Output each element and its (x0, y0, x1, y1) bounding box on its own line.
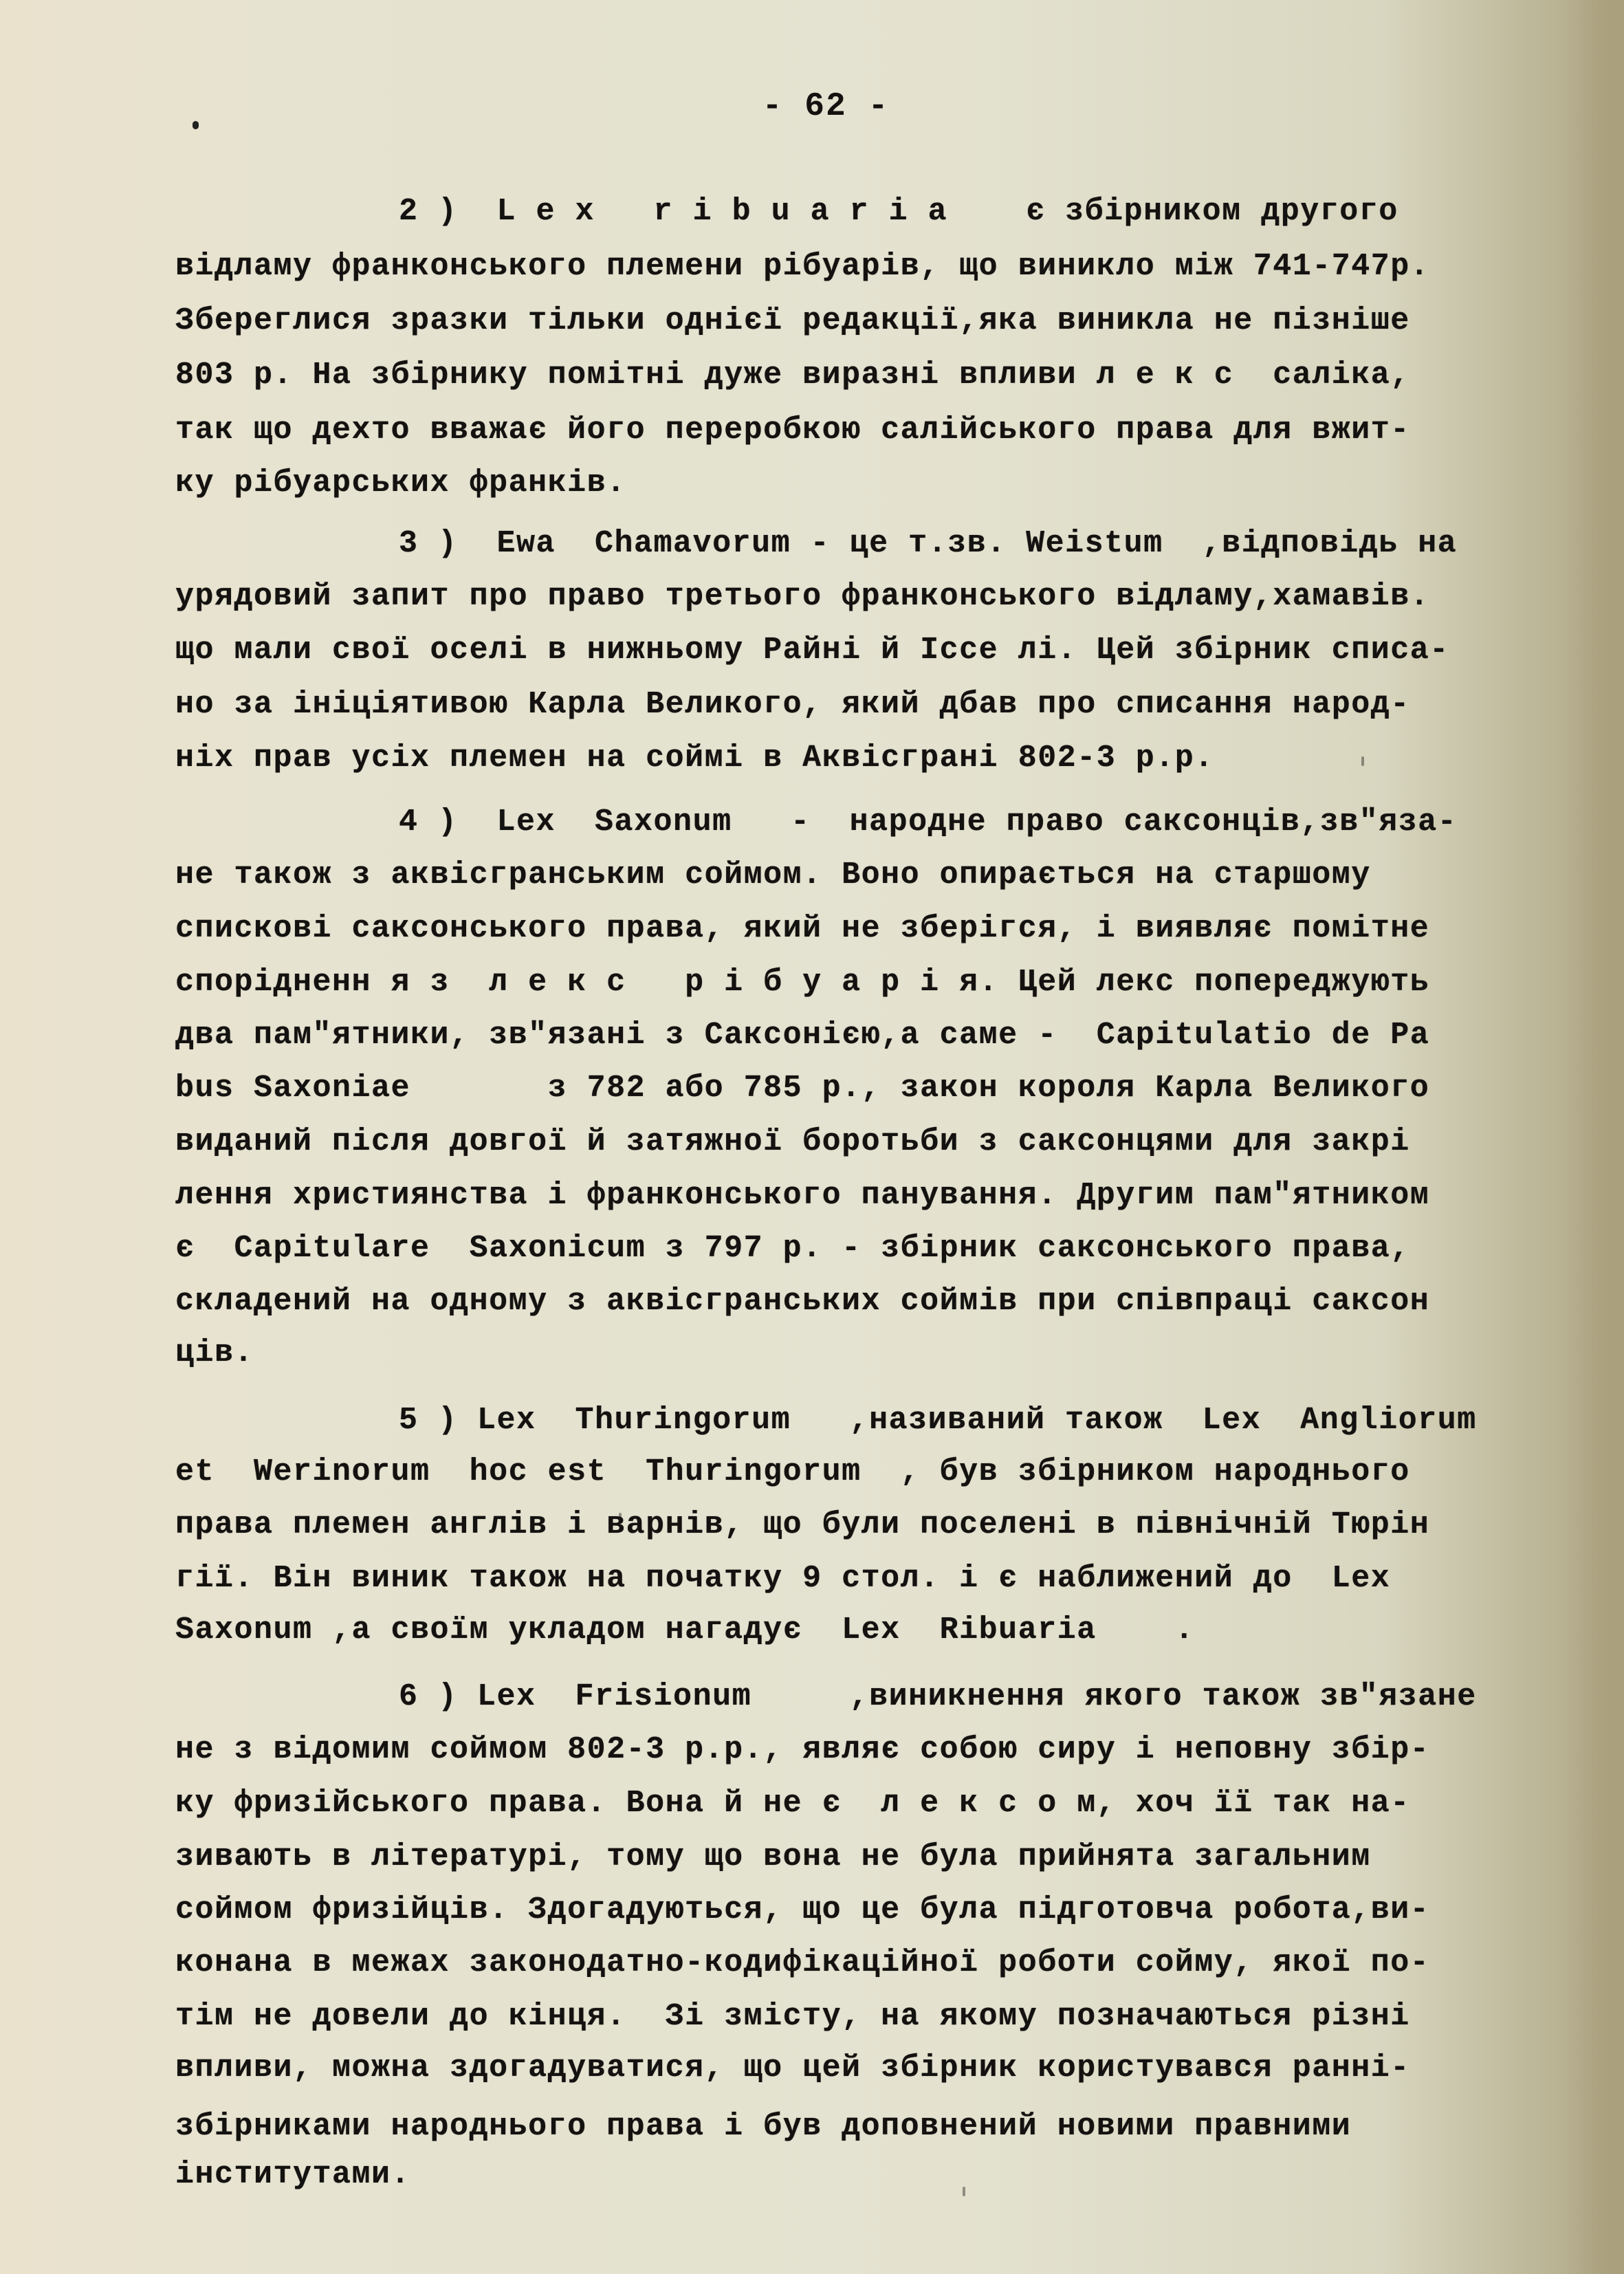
text-line: права племен англів і варнів, що були по… (175, 1509, 1429, 1540)
text-line: є Capitulare Saxonicum з 797 р. - збірни… (175, 1233, 1410, 1264)
text-line: 803 р. На збірнику помітні дуже виразні … (175, 360, 1410, 391)
text-line: впливи, можна здогадуватися, що цей збір… (175, 2053, 1410, 2084)
text-line: що мали свої оселі в нижньому Райні й Іс… (175, 635, 1449, 666)
text-line: соймом фризійців. Здогадуються, що це бу… (175, 1894, 1429, 1925)
text-line: 5 ) Lex Thuringorum ,називаний також Lex… (399, 1405, 1477, 1436)
text-line: ку рібуарських франків. (175, 468, 626, 499)
text-line: 4 ) Lex Saxonum - народне право саксонці… (399, 807, 1457, 838)
text-line: лення християнства і франконського панув… (175, 1180, 1429, 1211)
text-line: гії. Він виник також на початку 9 стол. … (175, 1563, 1390, 1594)
text-line: спорідненн я з л е к с р і б у а р і я. … (175, 967, 1429, 998)
text-line: так що дехто вважає його переробкою салі… (175, 415, 1410, 446)
text-line: 2 ) L e x r i b u a r i a є збірником др… (399, 196, 1398, 227)
text-line: інститутами. (175, 2159, 410, 2190)
text-line: не з відомим соймом 802-3 р.р., являє со… (175, 1734, 1429, 1765)
text-line: спискові саксонського права, який не збе… (175, 913, 1429, 944)
text-line: не також з аквісгранським соймом. Воно о… (175, 860, 1371, 890)
text-line: но за ініціятивою Карла Великого, який д… (175, 689, 1410, 720)
text-line: відламу франконського племени рібуарів, … (175, 251, 1429, 282)
text-line: збірниками народнього права і був доповн… (175, 2111, 1351, 2142)
paper-speck (963, 2187, 965, 2196)
text-line: складений на одному з аквісгранських сой… (175, 1286, 1429, 1317)
page-curl-shadow (1562, 0, 1624, 2274)
text-line: ніх прав усіх племен на соймі в Аквісгра… (175, 743, 1214, 774)
text-line: конана в межах законодатно-кодифікаційно… (175, 1947, 1429, 1978)
text-line: 3 ) Ewa Chamavorum - це т.зв. Weistum ,в… (399, 528, 1457, 559)
text-line: виданий після довгої й затяжної боротьби… (175, 1126, 1410, 1157)
text-line: bus Saxoniae з 782 або 785 р., закон кор… (175, 1073, 1429, 1104)
text-line: урядовий запит про право третього франко… (175, 581, 1429, 612)
text-line: Збереглися зразки тільки однієї редакції… (175, 305, 1410, 336)
typewritten-page: - 62 - 2 ) L e x r i b u a r i a є збірн… (0, 0, 1624, 2274)
page-number: - 62 - (0, 88, 1624, 125)
text-line: ку фризійського права. Вона й не є л е к… (175, 1788, 1410, 1819)
text-line: 6 ) Lex Frisionum ,виникнення якого тако… (399, 1681, 1477, 1712)
text-line: et Werinorum hoc est Thuringorum , був з… (175, 1456, 1410, 1487)
text-line: ців. (175, 1337, 254, 1368)
text-line: Saxonum ,а своїм укладом нагадує Lex Rib… (175, 1615, 1194, 1646)
paper-speck (1361, 756, 1364, 766)
text-line: два пам"ятники, зв"язані з Саксонією,а с… (175, 1020, 1429, 1051)
text-line: зивають в літературі, тому що вона не бу… (175, 1841, 1371, 1872)
text-line: тім не довели до кінця. Зі змісту, на як… (175, 2001, 1410, 2032)
